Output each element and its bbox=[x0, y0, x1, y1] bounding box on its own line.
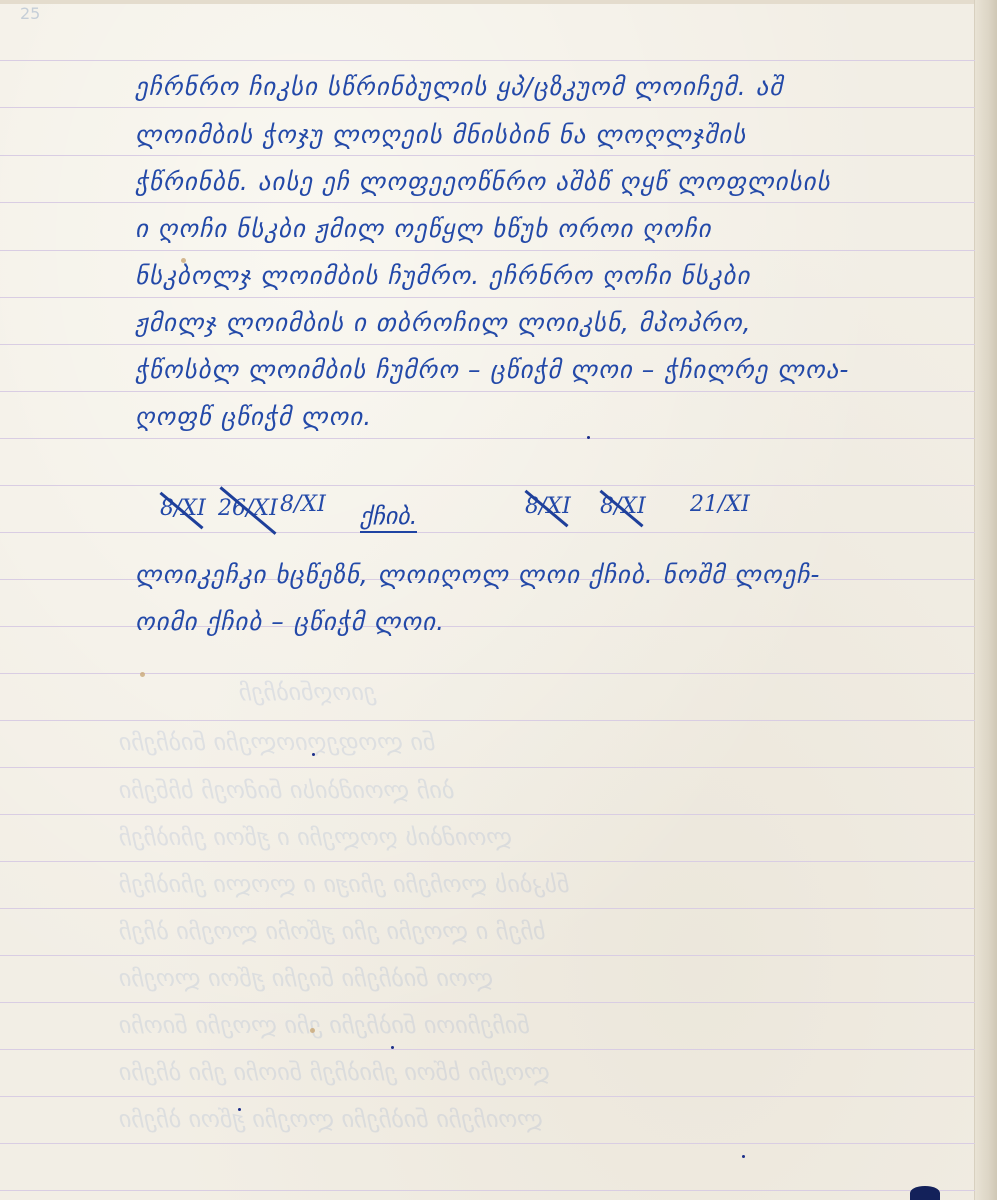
paper-stain bbox=[140, 672, 145, 677]
rule-line bbox=[0, 955, 975, 956]
rule-line bbox=[0, 107, 975, 108]
text-line: ნსკბოლჯ ლოიმბის ჩუმრო. ეჩრნრო ღოჩი ნსკბი bbox=[135, 261, 750, 290]
notebook-page: 25 ეიოღნიბჩეჩ ნი ლოფეღიოლეჩი ნიბჩეჩი ბიჩ… bbox=[0, 0, 997, 1200]
rule-line bbox=[0, 861, 975, 862]
ink-speck bbox=[391, 1046, 394, 1049]
text-line: ღოფწ ცწიჭმ ლოი. bbox=[135, 402, 372, 431]
text-line: ჟმილჯ ლოიმბის ი თბროჩილ ლოიკსნ, მპოპრო, bbox=[135, 308, 752, 337]
bleed-line: ხჩეჩ ი ლოეჩი ეჩი ჟწოჩი ლოეჩი ბჩეჩ bbox=[120, 917, 547, 945]
ink-speck bbox=[587, 436, 590, 439]
rule-line bbox=[0, 673, 975, 674]
paper-stain bbox=[181, 258, 186, 263]
text-line: ლოიკეჩკი ხცწეზნ, ლოიღოლ ლოი ქჩიბ. ნოშმ ლ… bbox=[135, 560, 820, 589]
ink-speck bbox=[742, 1155, 745, 1158]
rule-line bbox=[0, 202, 975, 203]
page-top-edge bbox=[0, 0, 997, 4]
rule-line bbox=[0, 767, 975, 768]
rule-line bbox=[0, 1190, 975, 1191]
rule-line bbox=[0, 720, 975, 721]
rule-line bbox=[0, 1096, 975, 1097]
entry-heading: ქჩიბ. bbox=[360, 502, 417, 533]
rule-line bbox=[0, 391, 975, 392]
rule-line bbox=[0, 438, 975, 439]
rule-line bbox=[0, 250, 975, 251]
date: 21/XI bbox=[690, 492, 750, 517]
rule-line bbox=[0, 1049, 975, 1050]
bleed-line: ლოეჩი ხწოი ეჩიბჩეჩ ნიოჩი ეჩი ბჩეჩი bbox=[120, 1058, 551, 1086]
text-line: ი ღოჩი ნსკბი ჟმილ ოეწყლ ხწუხ ოროი ღოჩი bbox=[135, 214, 712, 243]
paper-stain bbox=[310, 1028, 315, 1033]
struck-date: 26/XI bbox=[218, 496, 278, 521]
rule-line bbox=[0, 344, 975, 345]
bleed-line: ლოიჩეჩი ნიბჩეჩი ლოეჩი ჟწოი ბჩეჩი bbox=[120, 1105, 544, 1133]
rule-line bbox=[0, 60, 975, 61]
rule-line bbox=[0, 297, 975, 298]
ink-speck bbox=[312, 753, 315, 756]
bleed-line: ლოიმბის ღოლეჩი ი ჟწოი ეჩიბჩეჩ bbox=[120, 823, 513, 851]
text-line: ოიმი ქჩიბ – ცწიჭმ ლოი. bbox=[135, 607, 445, 636]
rule-line bbox=[0, 485, 975, 486]
bleed-line: ეიოღნიბჩეჩ bbox=[240, 678, 377, 706]
ink-speck bbox=[238, 1108, 241, 1111]
bleed-line: ნიჩეჩიოი ნიბჩეჩი ეჩი ლოეჩი ნიოჩი bbox=[120, 1011, 531, 1039]
rule-line bbox=[0, 1143, 975, 1144]
rule-line bbox=[0, 814, 975, 815]
rule-line bbox=[0, 1002, 975, 1003]
text-line: ეჩრნრო ჩიკსი სწრინბულის ყპ/ცზკუომ ლოიჩემ… bbox=[135, 72, 783, 101]
struck-date: 8/XI bbox=[525, 494, 571, 519]
rule-line bbox=[0, 908, 975, 909]
bleed-line: ლოი ნიბჩეჩი ნიეჩი ჟწოი ლოეჩი bbox=[120, 964, 494, 992]
page-number-mark: 25 bbox=[20, 4, 40, 23]
struck-date: 8/XI bbox=[600, 494, 646, 519]
date: 8/XI bbox=[280, 492, 326, 517]
text-line: ჭწოსბლ ლოიმბის ჩუმრო – ცწიჭმ ლოი – ჭჩილრ… bbox=[135, 355, 849, 384]
rule-line bbox=[0, 155, 975, 156]
date-row: 8/XI 26/XI 8/XI ქჩიბ. 8/XI 8/XI 21/XI bbox=[160, 488, 800, 548]
bleed-line: ნი ლოფეღიოლეჩი ნიბჩეჩი bbox=[120, 728, 437, 756]
struck-date: 8/XI bbox=[160, 496, 206, 521]
bleed-line: ნსკბის ლოჩეჩი ეჩიჟი ი ლოლი ეჩიბჩეჩ bbox=[120, 870, 571, 898]
ink-blot bbox=[910, 1186, 940, 1200]
text-line: ლოიმბის ჭოჯუ ლოღეის მნისბინ ნა ლოღლჯშის bbox=[135, 120, 746, 149]
bleed-line: ბიჩ ლოიმბისი ნიმოეჩ ხჩნეჩი bbox=[120, 776, 455, 804]
page-binding-edge bbox=[974, 0, 997, 1200]
text-line: ჭწრინბნ. აისე ეჩ ლოფეეოწნრო აშბწ ღყწ ლოფ… bbox=[135, 167, 831, 196]
